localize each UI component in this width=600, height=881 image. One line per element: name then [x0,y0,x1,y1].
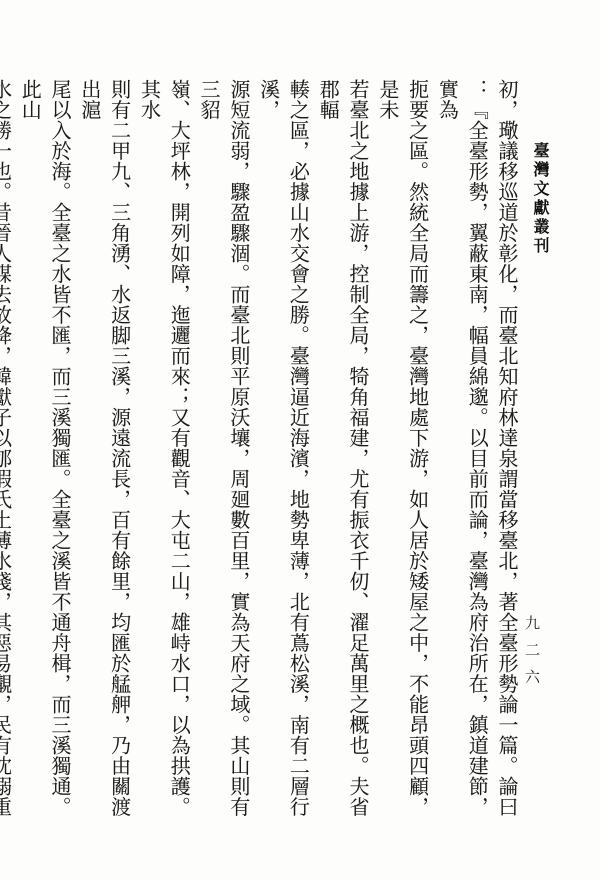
text-column: ：『全臺形勢，翼蔽東南，幅員綿邈。以目前而論，臺灣為府治所在，鎮道建節，實為 [431,79,491,831]
text-column: 水之勝一也。昔晉人謀去故絳，韓獻子以郇瑕氏土薄水淺，其惡易覯，民有沈溺重膇之 [0,79,13,831]
text-column: 則有二甲九、三角湧、水返脚三溪，源遠流長，百有餘里，均匯於艋舺，乃由關渡出滬 [73,79,133,831]
text-column: 若臺北之地據上游，控制全局，犄角福建，尤有振衣千仞、濯足萬里之概也。夫省郡輻 [311,79,371,831]
text-column: 輳之區，必據山水交會之勝。臺灣逼近海濱，地勢卑薄，北有蔦松溪，南有二層行溪， [252,79,312,831]
page-number: 九二六 [521,615,542,696]
book-page: 臺灣文獻叢刊 九二六 初，璥議移巡道於彰化，而臺北知府林達泉謂當移臺北，著全臺形… [0,0,600,881]
text-column: 源短流弱，驟盈驟涸。而臺北則平原沃壤，周廻數百里，實為天府之域。其山則有三貂 [192,79,252,831]
main-text: 初，璥議移巡道於彰化，而臺北知府林達泉謂當移臺北，著全臺形勢論一篇。論曰 ：『全… [0,79,520,831]
running-header: 臺灣文獻叢刊 [528,142,551,256]
text-column: 嶺、大坪林，開列如障，迤邐而來；又有觀音、大屯二山，雄峙水口，以為拱護。其水 [133,79,193,831]
text-column: 扼要之區。然統全局而籌之，臺灣地處下游，如人居於矮屋之中，不能昂頭四顧，是未 [371,79,431,831]
text-column: 尾以入於海。全臺之水皆不匯，而三溪獨匯。全臺之溪皆不通舟楫，而三溪獨通。此山 [13,79,73,831]
text-column: 初，璥議移巡道於彰化，而臺北知府林達泉謂當移臺北，著全臺形勢論一篇。論曰 [490,79,520,831]
